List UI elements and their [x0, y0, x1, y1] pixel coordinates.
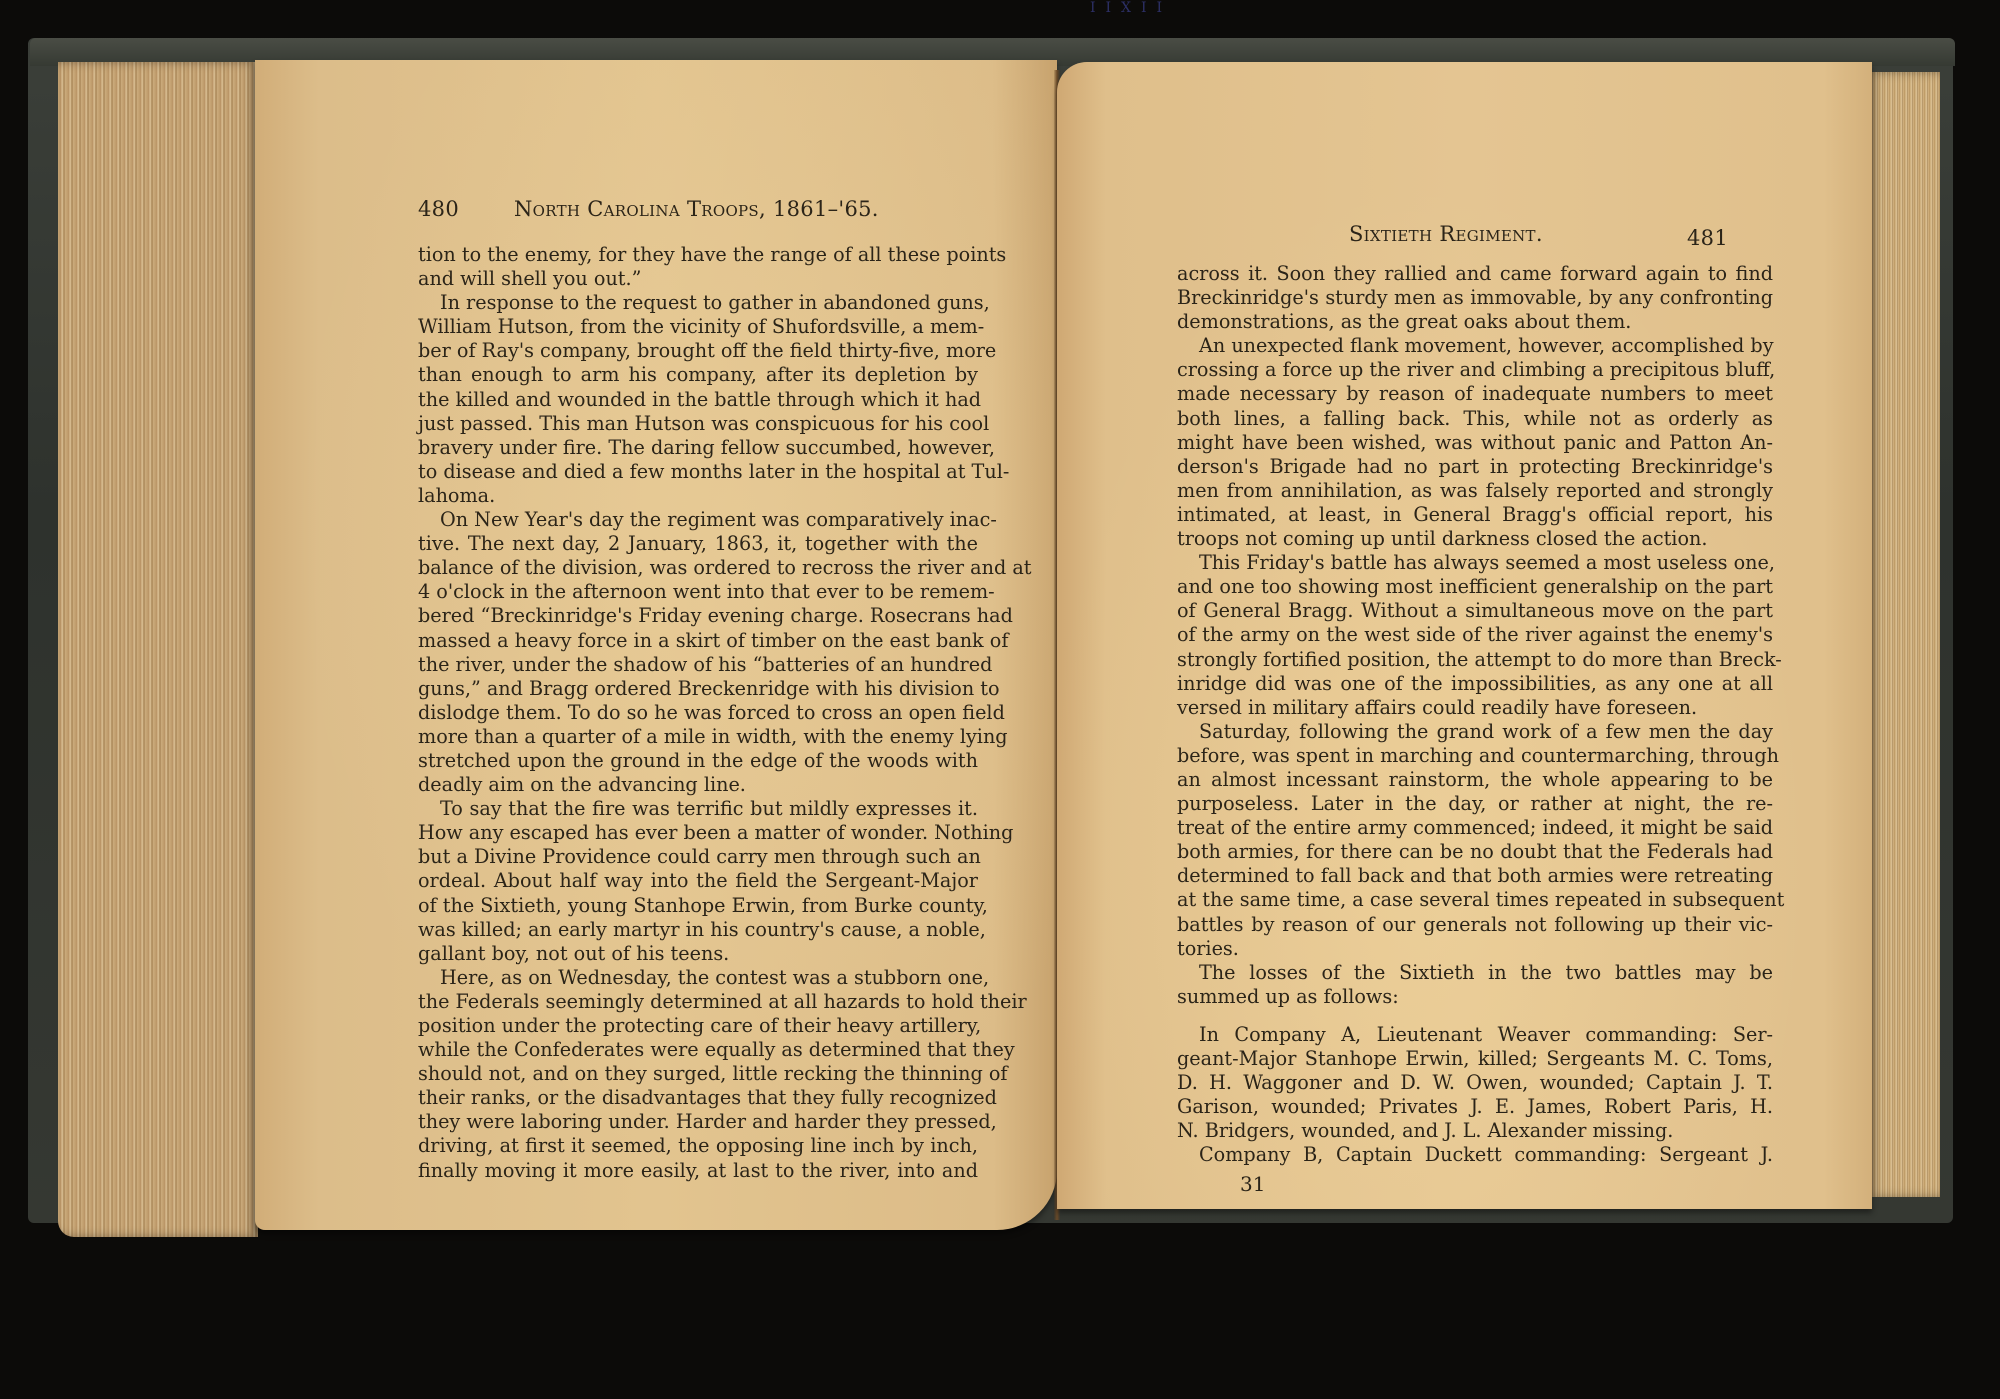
left-page-header: 480 North Carolina Troops, 1861–'65.	[418, 197, 879, 221]
text-line: massed a heavy force in a skirt of timbe…	[418, 629, 978, 653]
text-line: William Hutson, from the vicinity of Shu…	[418, 315, 978, 339]
text-line: inridge did was one of the impossibiliti…	[1177, 672, 1773, 696]
text-line: should not, and on they surged, little r…	[418, 1062, 978, 1086]
text-line: before, was spent in marching and counte…	[1177, 744, 1773, 768]
text-line: just passed. This man Hutson was conspic…	[418, 412, 978, 436]
right-running-head: Sixtieth Regiment.	[1349, 222, 1543, 246]
spine-label-fragment: IIXII	[1090, 0, 1440, 14]
right-page-body: across it. Soon they rallied and came fo…	[1177, 262, 1773, 1167]
text-line: battles by reason of our generals not fo…	[1177, 913, 1773, 937]
text-line: summed up as follows:	[1177, 985, 1773, 1009]
text-line: their ranks, or the disadvantages that t…	[418, 1086, 978, 1110]
text-line: of General Bragg. Without a simultaneous…	[1177, 599, 1773, 623]
text-line: bravery under fire. The daring fellow su…	[418, 436, 978, 460]
text-line: deadly aim on the advancing line.	[418, 773, 978, 797]
text-line: In response to the request to gather in …	[418, 291, 978, 315]
text-line: Saturday, following the grand work of a …	[1177, 720, 1773, 744]
text-line: but a Divine Providence could carry men …	[418, 845, 978, 869]
right-page: Sixtieth Regiment. 481 across it. Soon t…	[1057, 62, 1872, 1209]
text-line: was killed; an early martyr in his count…	[418, 918, 978, 942]
text-line: demonstrations, as the great oaks about …	[1177, 310, 1773, 334]
text-line: stretched upon the ground in the edge of…	[418, 749, 978, 773]
text-line: than enough to arm his company, after it…	[418, 363, 978, 387]
text-line: Garison, wounded; Privates J. E. James, …	[1177, 1095, 1773, 1119]
paragraph-gap	[1177, 1009, 1773, 1023]
text-line: while the Confederates were equally as d…	[418, 1038, 978, 1062]
text-line: This Friday's battle has always seemed a…	[1177, 551, 1773, 575]
text-line: The losses of the Sixtieth in the two ba…	[1177, 961, 1773, 985]
text-line: and will shell you out.”	[418, 267, 978, 291]
left-page-body: tion to the enemy, for they have the ran…	[418, 243, 978, 1183]
text-line: To say that the fire was terrific but mi…	[418, 797, 978, 821]
text-line: Company B, Captain Duckett commanding: S…	[1177, 1143, 1773, 1167]
text-line: lahoma.	[418, 484, 978, 508]
text-line: the Federals seemingly determined at all…	[418, 990, 978, 1014]
text-line: made necessary by reason of inadequate n…	[1177, 382, 1773, 406]
text-line: crossing a force up the river and climbi…	[1177, 358, 1773, 382]
text-line: bered “Breckinridge's Friday evening cha…	[418, 604, 978, 628]
text-line: purposeless. Later in the day, or rather…	[1177, 792, 1773, 816]
text-line: 4 o'clock in the afternoon went into tha…	[418, 580, 978, 604]
text-line: intimated, at least, in General Bragg's …	[1177, 503, 1773, 527]
text-line: D. H. Waggoner and D. W. Owen, wounded; …	[1177, 1071, 1773, 1095]
text-line: dislodge them. To do so he was forced to…	[418, 701, 978, 725]
text-line: might have been wished, was without pani…	[1177, 431, 1773, 455]
text-line: How any escaped has ever been a matter o…	[418, 821, 978, 845]
book-spread: IIXII 480 North Carolina Troops, 1861–'6…	[0, 0, 2000, 1399]
text-line: An unexpected flank movement, however, a…	[1177, 334, 1773, 358]
text-line: strongly fortified position, the attempt…	[1177, 648, 1773, 672]
right-page-header: Sixtieth Regiment.	[1349, 222, 1543, 246]
left-page: 480 North Carolina Troops, 1861–'65. tio…	[255, 60, 1057, 1230]
text-line: ber of Ray's company, brought off the fi…	[418, 339, 978, 363]
text-line: driving, at first it seemed, the opposin…	[418, 1134, 978, 1158]
text-line: derson's Brigade had no part in protecti…	[1177, 455, 1773, 479]
text-line: of the Sixtieth, young Stanhope Erwin, f…	[418, 894, 978, 918]
text-line: On New Year's day the regiment was compa…	[418, 508, 978, 532]
text-line: In Company A, Lieutenant Weaver commandi…	[1177, 1023, 1773, 1047]
text-line: both lines, a falling back. This, while …	[1177, 407, 1773, 431]
text-line: an almost incessant rainstorm, the whole…	[1177, 768, 1773, 792]
text-line: Here, as on Wednesday, the contest was a…	[418, 966, 978, 990]
text-line: troops not coming up until darkness clos…	[1177, 527, 1773, 551]
left-running-head: North Carolina Troops, 1861–'65.	[514, 197, 879, 221]
text-line: position under the protecting care of th…	[418, 1014, 978, 1038]
text-line: to disease and died a few months later i…	[418, 460, 978, 484]
text-line: Breckinridge's sturdy men as immovable, …	[1177, 286, 1773, 310]
page-edges-right	[1868, 72, 1940, 1197]
text-line: men from annihilation, as was falsely re…	[1177, 479, 1773, 503]
text-line: tion to the enemy, for they have the ran…	[418, 243, 978, 267]
text-line: the river, under the shadow of his “batt…	[418, 653, 978, 677]
text-line: ordeal. About half way into the field th…	[418, 869, 978, 893]
text-line: gallant boy, not out of his teens.	[418, 942, 978, 966]
page-edges-left	[58, 62, 258, 1237]
text-line: the killed and wounded in the battle thr…	[418, 388, 978, 412]
text-line: both armies, for there can be no doubt t…	[1177, 840, 1773, 864]
right-page-number: 481	[1687, 226, 1728, 250]
left-page-number: 480	[418, 197, 459, 221]
text-line: at the same time, a case several times r…	[1177, 888, 1773, 912]
text-line: determined to fall back and that both ar…	[1177, 864, 1773, 888]
text-line: of the army on the west side of the rive…	[1177, 623, 1773, 647]
text-line: finally moving it more easily, at last t…	[418, 1159, 978, 1183]
text-line: tive. The next day, 2 January, 1863, it,…	[418, 532, 978, 556]
text-line: N. Bridgers, wounded, and J. L. Alexande…	[1177, 1119, 1773, 1143]
text-line: more than a quarter of a mile in width, …	[418, 725, 978, 749]
text-line: versed in military affairs could readily…	[1177, 696, 1773, 720]
text-line: treat of the entire army commenced; inde…	[1177, 816, 1773, 840]
text-line: tories.	[1177, 937, 1773, 961]
signature-mark: 31	[1240, 1172, 1265, 1196]
text-line: guns,” and Bragg ordered Breckenridge wi…	[418, 677, 978, 701]
text-line: geant-Major Stanhope Erwin, killed; Serg…	[1177, 1047, 1773, 1071]
text-line: they were laboring under. Harder and har…	[418, 1110, 978, 1134]
text-line: balance of the division, was ordered to …	[418, 556, 978, 580]
text-line: and one too showing most inefficient gen…	[1177, 575, 1773, 599]
text-line: across it. Soon they rallied and came fo…	[1177, 262, 1773, 286]
